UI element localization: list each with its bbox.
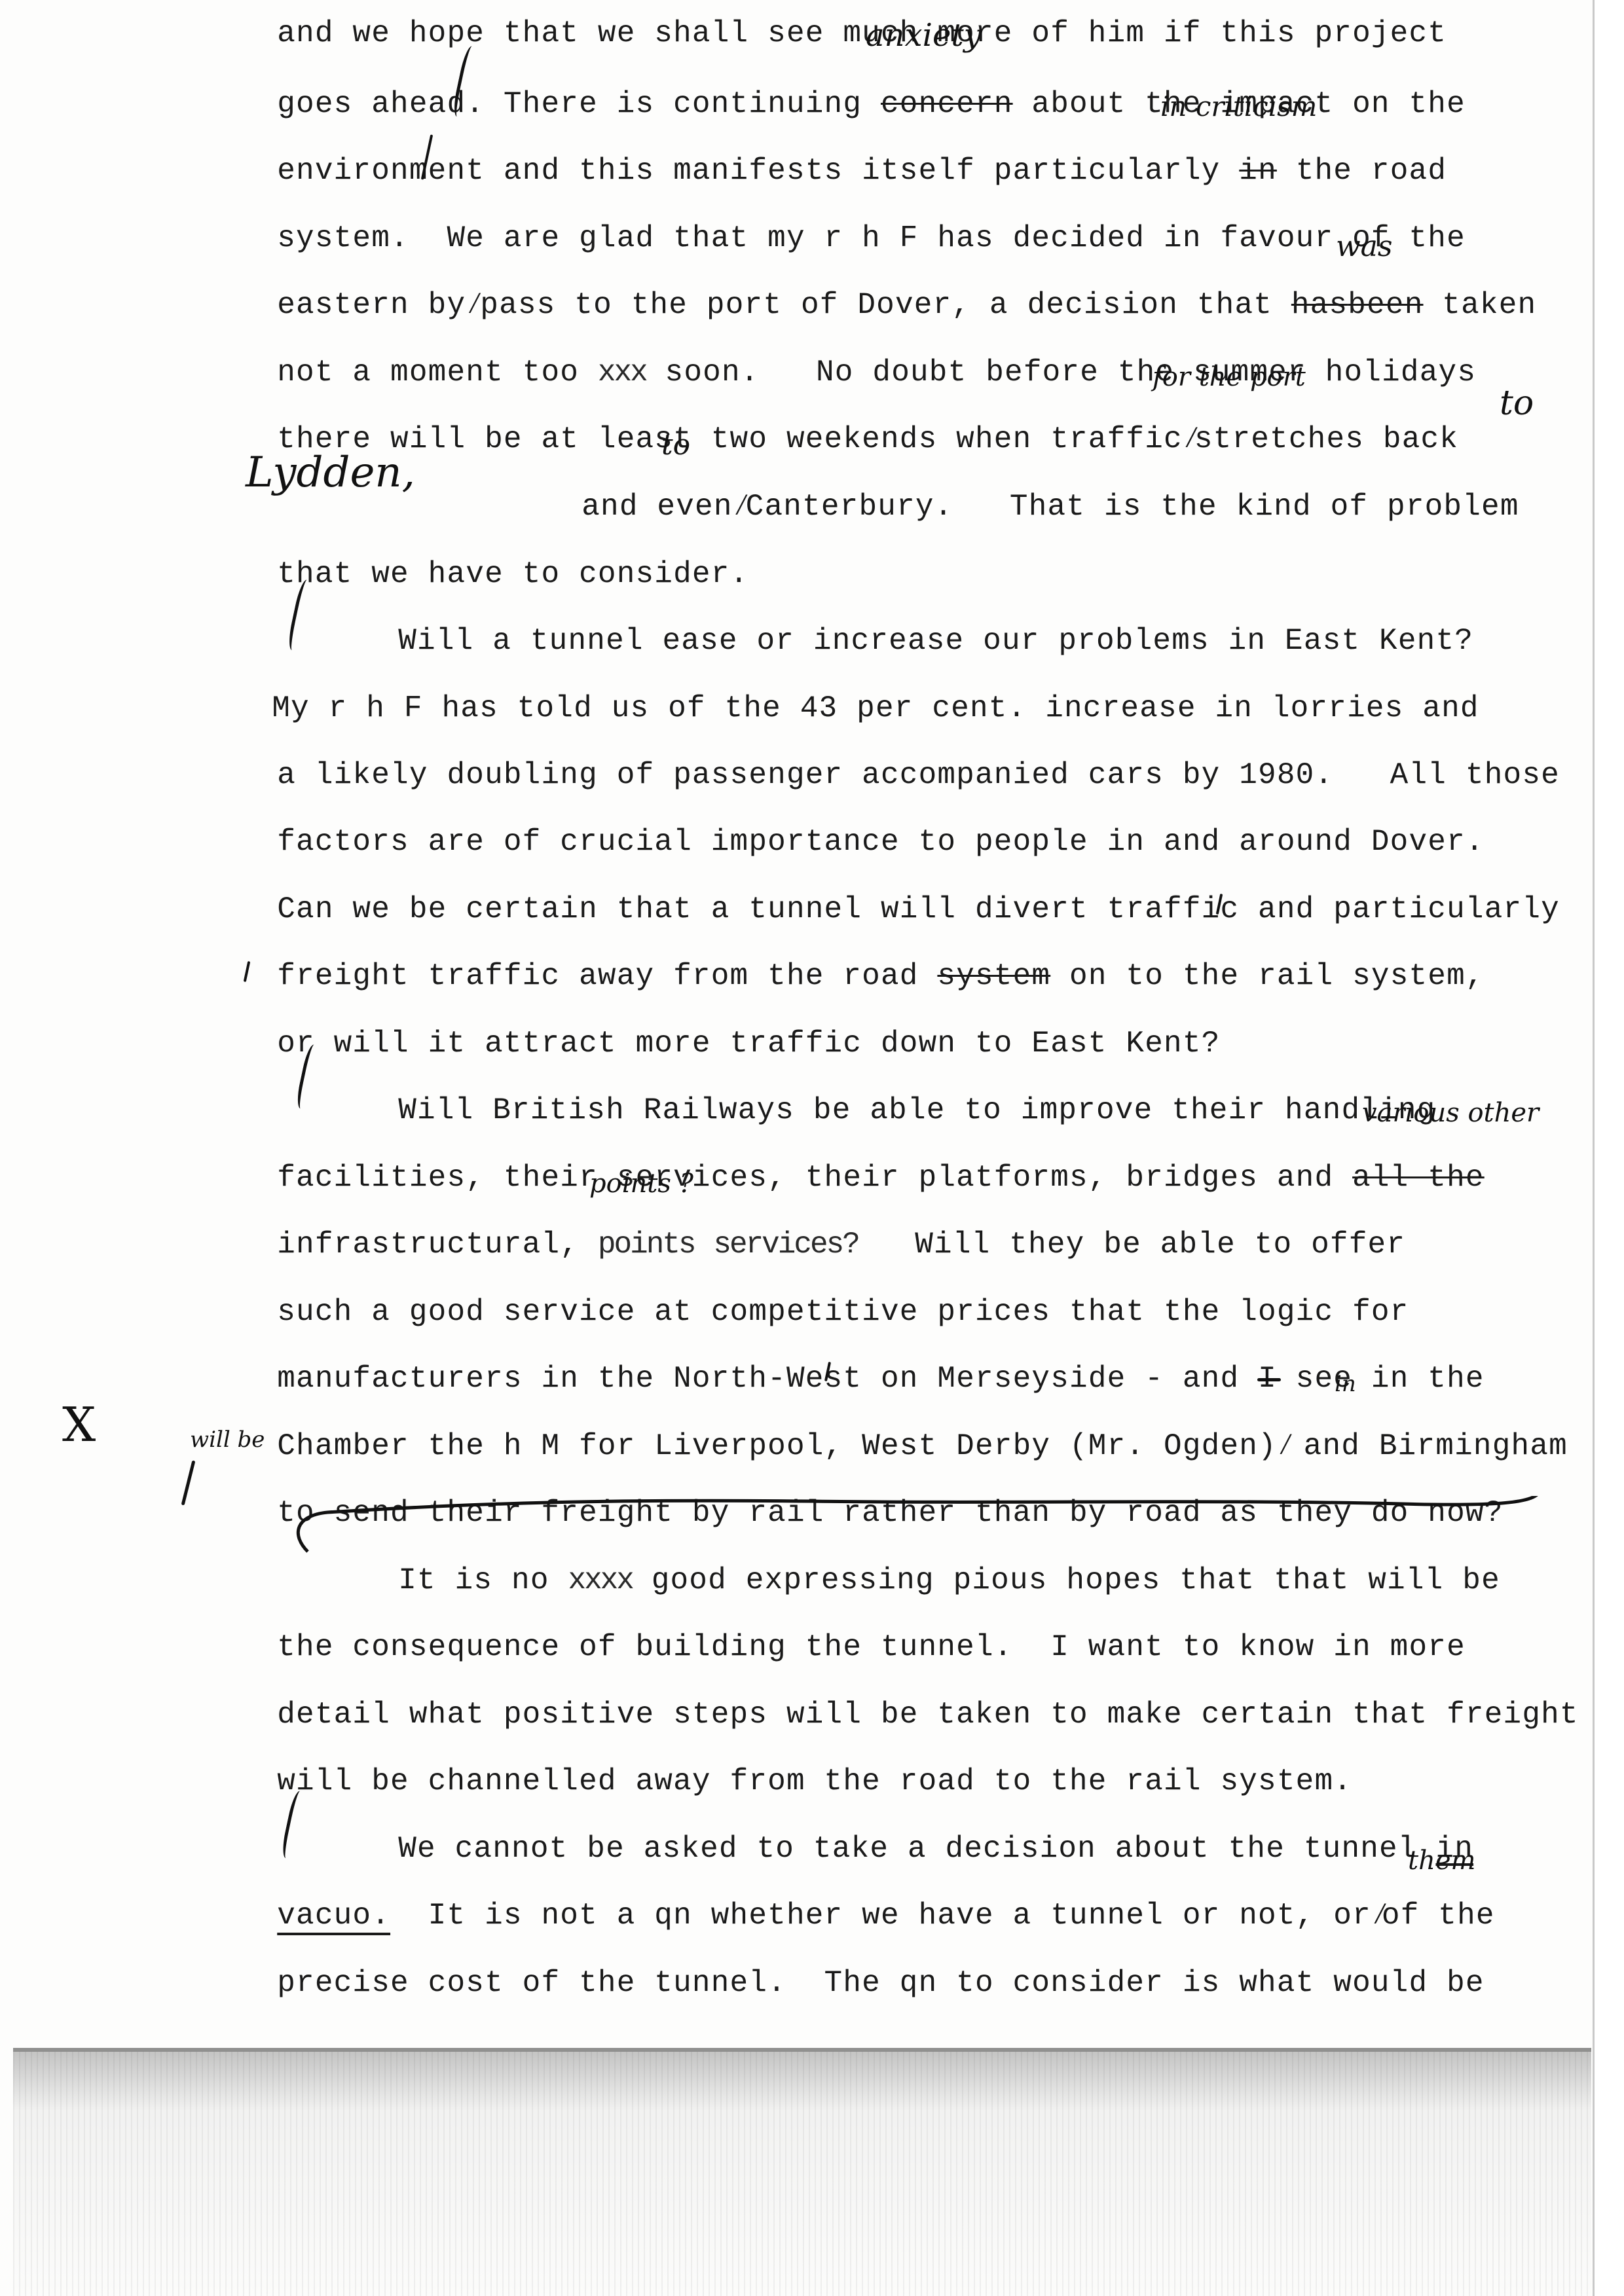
insertion-slash-mark: [181, 1460, 196, 1505]
line-text: Will they be able to offer: [858, 1228, 1405, 1262]
line-text: that we have to consider.: [277, 557, 748, 591]
handwritten-insertion-them: them: [1408, 1848, 1475, 1874]
line-text: It is not a qn whether we have a tunnel …: [390, 1899, 1371, 1933]
line-text: will be channelled away from the road to…: [277, 1764, 1352, 1798]
underlined-word-vacuo: vacuo.: [277, 1899, 390, 1933]
margin-x-mark: X: [62, 1401, 96, 1448]
line-text: Chamber the h M for Liverpool, West Derb…: [277, 1429, 1277, 1463]
line-text: in East Kent?: [1209, 624, 1473, 658]
caret-insertion-mark: ⁄: [1183, 424, 1194, 454]
handwritten-insertion-in-criticism: in criticism: [1160, 93, 1318, 120]
line-text: on Merseyside - and I see in the: [862, 1362, 1485, 1396]
hyphen-insertion-mark: ⁄: [466, 290, 480, 320]
line-text: or will it attract more traffic down to …: [277, 1027, 1220, 1061]
handwritten-insertion-points: points ?: [589, 1171, 693, 1197]
line-text: the road: [1277, 154, 1447, 188]
deleted-word-has: has: [1291, 288, 1348, 322]
deleted-word-system: system: [937, 959, 1050, 993]
line-text: not a moment too: [277, 355, 598, 390]
handwritten-insertion-anxiety: anxiety: [866, 20, 982, 51]
line-text: precise cost of the tunnel. The qn to co…: [277, 1966, 1485, 2000]
deleted-word-in: in: [1239, 154, 1277, 188]
bracket-insertion-mark: [1257, 1378, 1281, 1381]
line-text: manufacturers in the North-West: [277, 1362, 862, 1396]
line-text: eastern by: [277, 288, 466, 322]
paragraph-start-text: There is continuing: [504, 87, 881, 121]
line-text: My r h F has told us of the 43 per cent.…: [272, 691, 1479, 725]
scan-noise-region: [13, 2052, 1591, 2296]
line-text: Canterbury. That is the kind of problem: [746, 490, 1519, 524]
line-text: stretches back: [1194, 422, 1458, 456]
line-text: on to the rail system,: [1050, 959, 1485, 993]
typed-xed-out-word-services: services?: [713, 1228, 858, 1262]
typed-xed-out-word: xxxx: [568, 1563, 632, 1597]
handwritten-insertion-in: in: [1335, 1373, 1356, 1395]
line-text: and this manifests itself particularly: [485, 154, 1220, 188]
line-text: environment: [277, 154, 485, 188]
line-text: such a good service at competitive price…: [277, 1295, 1409, 1329]
line-text: Will a tunnel ease or increase our probl…: [398, 624, 1209, 658]
handwritten-insertion-to: to: [1500, 386, 1534, 420]
line-text: detail what positive steps will be taken…: [277, 1698, 1579, 1732]
typed-xed-out-word: xxx: [598, 355, 646, 390]
line-text: good expressing pious hopes that that wi…: [633, 1563, 1500, 1597]
handwritten-insertion-will-be: will be: [190, 1429, 265, 1451]
caret-insertion-mark: ⁄: [1371, 1901, 1382, 1931]
line-text: soon. No doubt before the summer holiday…: [646, 355, 1476, 390]
typed-xed-out-word-points: points: [598, 1228, 695, 1262]
line-text: and Birmingham: [1285, 1429, 1568, 1463]
deleted-words-all-the: all the: [1352, 1161, 1485, 1195]
line-text: pass to the port of Dover, a decision th…: [480, 288, 1291, 322]
line-text: infrastructural,: [277, 1228, 598, 1262]
line-text: We cannot be asked to take a decision ab…: [398, 1832, 1435, 1866]
caret-insertion-mark: ⁄: [1277, 1431, 1285, 1461]
line-text: of the: [1382, 1899, 1495, 1933]
deleted-word-concern: concern: [881, 87, 1013, 121]
handwritten-insertion-various-other: various other: [1362, 1100, 1539, 1126]
caret-insertion-mark: ⁄: [733, 492, 746, 522]
line-text: system. We are glad that my r h F has de…: [277, 221, 1466, 255]
line-text: Will British Railways be able to improve…: [398, 1093, 1435, 1127]
handwritten-insertion-to-canterbury: to: [661, 431, 690, 460]
line-text: away from the road: [560, 959, 937, 993]
line-text: freight traffic: [277, 959, 560, 993]
line-text: and we hope that we shall see much more …: [277, 16, 1447, 50]
line-text: the consequence of building the tunnel. …: [277, 1630, 1466, 1664]
line-text: facilities, their services, their platfo…: [277, 1161, 1352, 1195]
handwritten-word-lydden: Lydden,: [246, 452, 415, 494]
handwritten-insertion-for-the-port: for the port: [1153, 364, 1306, 390]
line-text: and even: [581, 490, 732, 524]
handwritten-insertion-was: was: [1336, 232, 1392, 261]
line-text: a likely doubling of passenger accompani…: [277, 758, 1560, 792]
line-text: and particularly: [1239, 892, 1560, 926]
line-text: It is no: [398, 1563, 568, 1597]
line-text: taken: [1424, 288, 1537, 322]
line-text: Can we be certain that a tunnel will div…: [277, 892, 1239, 926]
typed-line-30: precise cost of the tunnel. The qn to co…: [202, 1938, 1485, 2028]
deleted-word-been: been: [1348, 288, 1423, 322]
scanned-page: and we hope that we shall see much more …: [0, 0, 1595, 2296]
line-text: factors are of crucial importance to peo…: [277, 825, 1485, 859]
